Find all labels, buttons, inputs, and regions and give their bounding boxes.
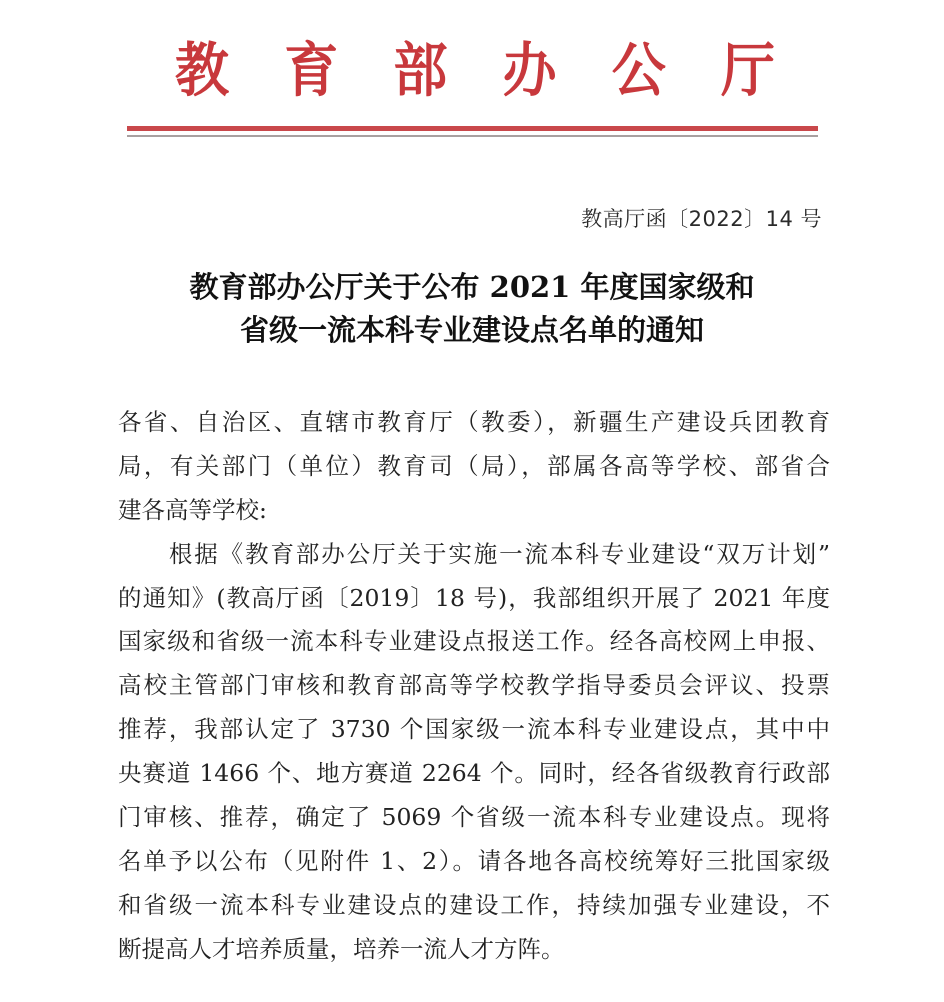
document-body: 各省、自治区、直辖市教育厅（教委），新疆生产建设兵团教育 局，有关部门（单位）教… (118, 401, 830, 972)
body-line: 和省级一流本科专业建设点的建设工作，持续加强专业建设，不 (118, 884, 830, 928)
body-line: 根据《教育部办公厅关于实施一流本科专业建设“双万计划” (118, 533, 830, 577)
body-line: 断提高人才培养质量，培养一流人才方阵。 (118, 928, 830, 972)
letterhead-red-rule (127, 126, 818, 131)
letterhead-char: 办 (503, 41, 557, 99)
document-title: 教育部办公厅关于公布 2021 年度国家级和 省级一流本科专业建设点名单的通知 (110, 266, 834, 352)
body-line: 央赛道 1466 个、地方赛道 2264 个。同时，经各省级教育行政部 (118, 752, 830, 796)
letterhead-issuer: 教 育 部 办 公 厅 (150, 30, 800, 110)
letterhead-thin-rule (127, 135, 818, 137)
document-title-line-1: 教育部办公厅关于公布 2021 年度国家级和 (110, 266, 834, 309)
body-line: 名单予以公布（见附件 1、2）。请各地各高校统筹好三批国家级 (118, 840, 830, 884)
letterhead-char: 部 (393, 41, 447, 99)
document-title-line-2: 省级一流本科专业建设点名单的通知 (110, 309, 834, 352)
body-line: 门审核、推荐，确定了 5069 个省级一流本科专业建设点。现将 (118, 796, 830, 840)
body-line: 局，有关部门（单位）教育司（局），部属各高等学校、部省合 (118, 445, 830, 489)
letterhead-char: 公 (612, 41, 666, 99)
document-number: 教高厅函〔2022〕14 号 (581, 203, 822, 233)
letterhead-char: 育 (284, 41, 338, 99)
letterhead-char: 教 (175, 41, 229, 99)
body-line: 建各高等学校: (118, 489, 830, 533)
body-line: 各省、自治区、直辖市教育厅（教委），新疆生产建设兵团教育 (118, 401, 830, 445)
body-line: 国家级和省级一流本科专业建设点报送工作。经各高校网上申报、 (118, 620, 830, 664)
document-page: 教 育 部 办 公 厅 教高厅函〔2022〕14 号 教育部办公厅关于公布 20… (0, 0, 944, 1002)
body-line: 推荐，我部认定了 3730 个国家级一流本科专业建设点，其中中 (118, 708, 830, 752)
body-line: 的通知》(教高厅函〔2019〕18 号)，我部组织开展了 2021 年度 (118, 577, 830, 621)
body-line: 高校主管部门审核和教育部高等学校教学指导委员会评议、投票 (118, 664, 830, 708)
letterhead-char: 厅 (721, 41, 775, 99)
